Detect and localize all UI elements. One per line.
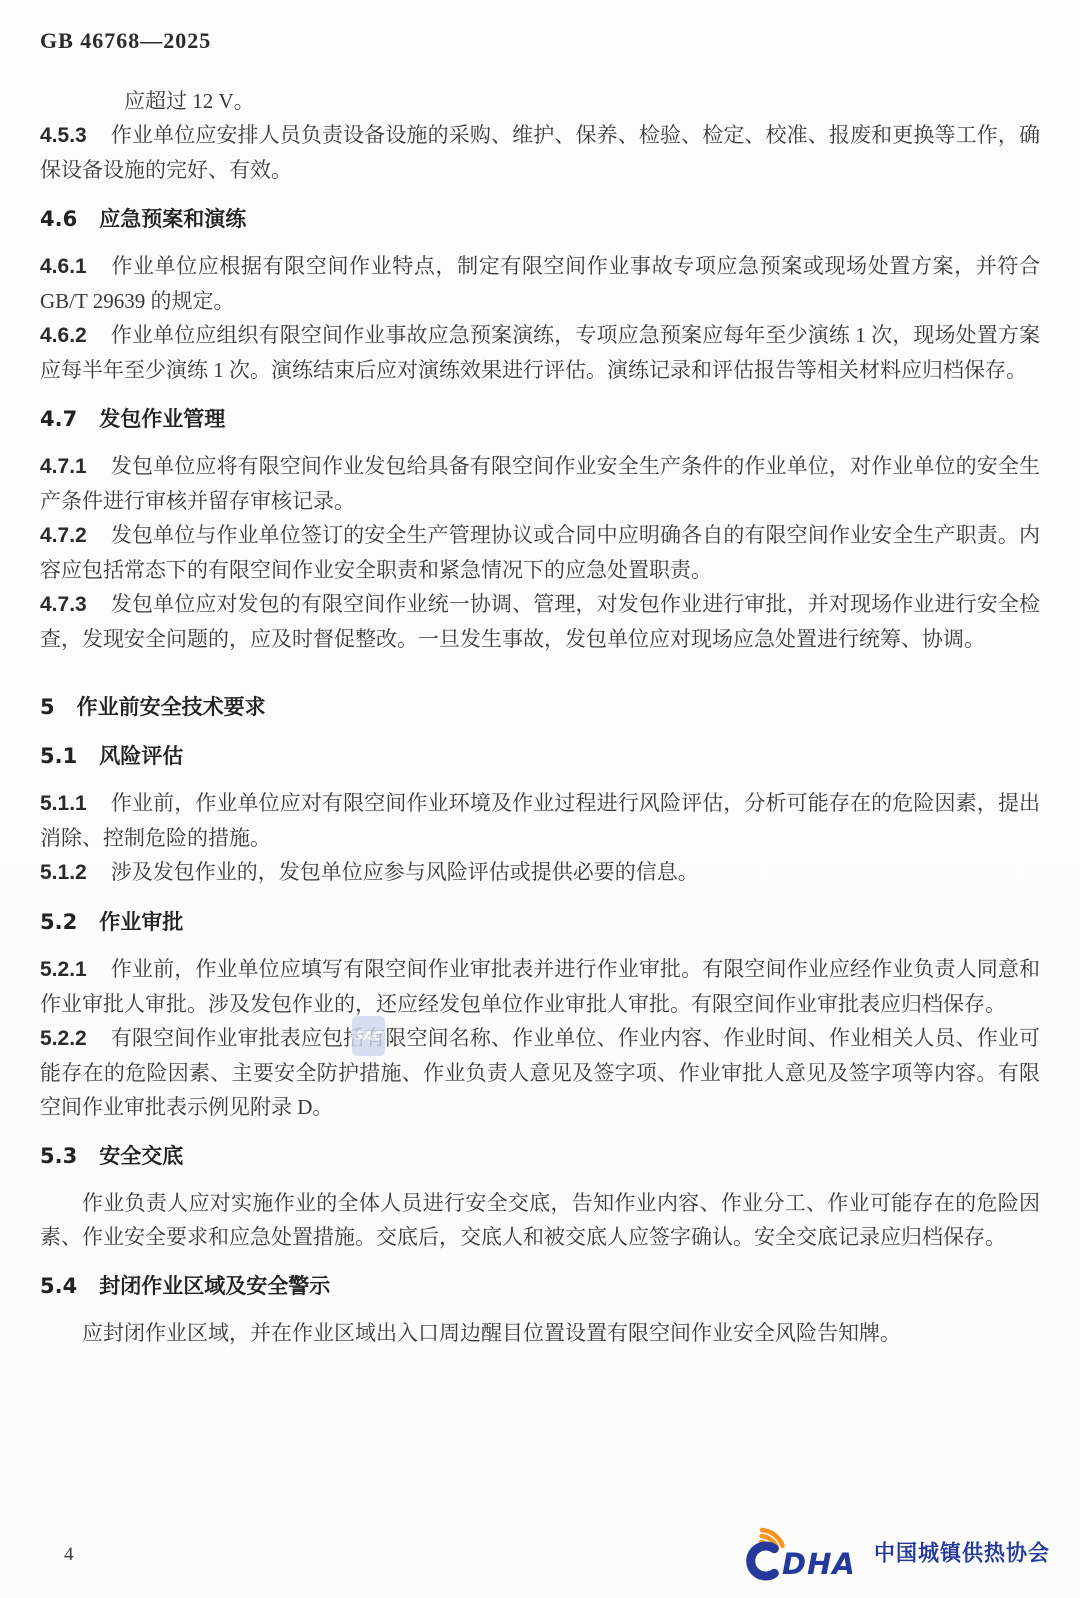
section-heading-5.1: 5.1风险评估 <box>40 739 1040 773</box>
heading-number: 5.2 <box>40 910 77 934</box>
body-text: 发包单位应将有限空间作业发包给具备有限空间作业安全生产条件的作业单位，对作业单位… <box>40 454 1040 513</box>
continuation-line: 应超过 12 V。 <box>40 84 1040 118</box>
body-text: 作业前，作业单位应填写有限空间作业审批表并进行作业审批。有限空间作业应经作业负责… <box>40 957 1040 1016</box>
sac-watermark-text: SAC <box>355 1029 383 1043</box>
dha-logo-icon: DHA <box>738 1524 866 1582</box>
heading-number: 4.7 <box>40 407 77 431</box>
clause-number: 5.1.2 <box>40 861 87 884</box>
body-text: 有限空间作业审批表应包括有限空间名称、作业单位、作业内容、作业时间、作业相关人员… <box>40 1026 1040 1119</box>
heading-text: 风险评估 <box>99 744 183 768</box>
body-text: 涉及发包作业的，发包单位应参与风险评估或提供必要的信息。 <box>111 860 699 884</box>
clause-5.1.1: 5.1.1作业前，作业单位应对有限空间作业环境及作业过程进行风险评估，分析可能存… <box>40 786 1040 855</box>
clause-4.5.3: 4.5.3作业单位应安排人员负责设备设施的采购、维护、保养、检验、检定、校准、报… <box>40 118 1040 187</box>
body-text: 应超过 12 V。 <box>124 89 255 113</box>
clause-number: 4.6.1 <box>40 255 87 278</box>
body-text: 作业单位应安排人员负责设备设施的采购、维护、保养、检验、检定、校准、报废和更换等… <box>40 123 1040 182</box>
clause-5.2.1: 5.2.1作业前，作业单位应填写有限空间作业审批表并进行作业审批。有限空间作业应… <box>40 952 1040 1021</box>
clause-4.7.1: 4.7.1发包单位应将有限空间作业发包给具备有限空间作业安全生产条件的作业单位，… <box>40 449 1040 518</box>
heading-text: 封闭作业区域及安全警示 <box>99 1274 330 1298</box>
paragraph: 应封闭作业区域，并在作业区域出入口周边醒目位置设置有限空间作业安全风险告知牌。 <box>40 1316 1040 1350</box>
heading-number: 5.1 <box>40 744 77 768</box>
heading-text: 作业审批 <box>99 910 183 934</box>
dha-logo-abbr: DHA <box>782 1547 856 1581</box>
standard-number: GB 46768—2025 <box>40 28 211 54</box>
heading-text: 发包作业管理 <box>99 407 225 431</box>
clause-number: 4.7.1 <box>40 455 87 478</box>
heading-number: 5.3 <box>40 1144 77 1168</box>
body-text: 应封闭作业区域，并在作业区域出入口周边醒目位置设置有限空间作业安全风险告知牌。 <box>82 1321 901 1345</box>
heading-text: 应急预案和演练 <box>99 207 246 231</box>
body-text: 作业前，作业单位应对有限空间作业环境及作业过程进行风险评估，分析可能存在的危险因… <box>40 791 1040 850</box>
clause-4.7.2: 4.7.2发包单位与作业单位签订的安全生产管理协议或合同中应明确各自的有限空间作… <box>40 518 1040 587</box>
association-logo: DHA 中国城镇供热协会 <box>738 1524 1050 1582</box>
body-text: 作业单位应根据有限空间作业特点，制定有限空间作业事故专项应急预案或现场处置方案，… <box>40 254 1040 313</box>
clause-number: 4.6.2 <box>40 324 87 347</box>
page-number: 4 <box>64 1544 74 1566</box>
body-text: 作业单位应组织有限空间作业事故应急预案演练，专项应急预案应每年至少演练 1 次，… <box>40 323 1040 382</box>
clause-number: 4.7.2 <box>40 524 87 547</box>
document-content: 应超过 12 V。4.5.3作业单位应安排人员负责设备设施的采购、维护、保养、检… <box>40 84 1040 1350</box>
clause-number: 4.7.3 <box>40 593 87 616</box>
sac-watermark: SAC <box>352 1016 385 1056</box>
paragraph: 作业负责人应对实施作业的全体人员进行安全交底，告知作业内容、作业分工、作业可能存… <box>40 1186 1040 1254</box>
heading-text: 安全交底 <box>99 1144 183 1168</box>
section-heading-5.3: 5.3安全交底 <box>40 1139 1040 1173</box>
association-name: 中国城镇供热协会 <box>874 1542 1050 1564</box>
clause-number: 5.1.1 <box>40 792 87 815</box>
section-heading-4.7: 4.7发包作业管理 <box>40 402 1040 436</box>
heading-number: 5 <box>40 695 55 719</box>
clause-4.6.1: 4.6.1作业单位应根据有限空间作业特点，制定有限空间作业事故专项应急预案或现场… <box>40 249 1040 318</box>
section-heading-4.6: 4.6应急预案和演练 <box>40 202 1040 236</box>
chapter-heading-5: 5作业前安全技术要求 <box>40 690 1040 724</box>
heading-number: 4.6 <box>40 207 77 231</box>
clause-number: 5.2.1 <box>40 958 87 981</box>
body-text: 发包单位应对发包的有限空间作业统一协调、管理，对发包作业进行审批，并对现场作业进… <box>40 592 1040 651</box>
section-heading-5.4: 5.4封闭作业区域及安全警示 <box>40 1269 1040 1303</box>
body-text: 发包单位与作业单位签订的安全生产管理协议或合同中应明确各自的有限空间作业安全生产… <box>40 523 1040 582</box>
logo-crescent <box>751 1546 775 1576</box>
heading-number: 5.4 <box>40 1274 77 1298</box>
section-heading-5.2: 5.2作业审批 <box>40 905 1040 939</box>
document-page: GB 46768—2025 应超过 12 V。4.5.3作业单位应安排人员负责设… <box>0 0 1080 1598</box>
heading-text: 作业前安全技术要求 <box>77 695 266 719</box>
clause-number: 5.2.2 <box>40 1027 87 1050</box>
clause-5.1.2: 5.1.2涉及发包作业的，发包单位应参与风险评估或提供必要的信息。 <box>40 855 1040 890</box>
clause-number: 4.5.3 <box>40 124 87 147</box>
body-text: 作业负责人应对实施作业的全体人员进行安全交底，告知作业内容、作业分工、作业可能存… <box>40 1191 1040 1249</box>
clause-5.2.2: 5.2.2有限空间作业审批表应包括有限空间名称、作业单位、作业内容、作业时间、作… <box>40 1021 1040 1124</box>
clause-4.7.3: 4.7.3发包单位应对发包的有限空间作业统一协调、管理，对发包作业进行审批，并对… <box>40 587 1040 656</box>
clause-4.6.2: 4.6.2作业单位应组织有限空间作业事故应急预案演练，专项应急预案应每年至少演练… <box>40 318 1040 387</box>
